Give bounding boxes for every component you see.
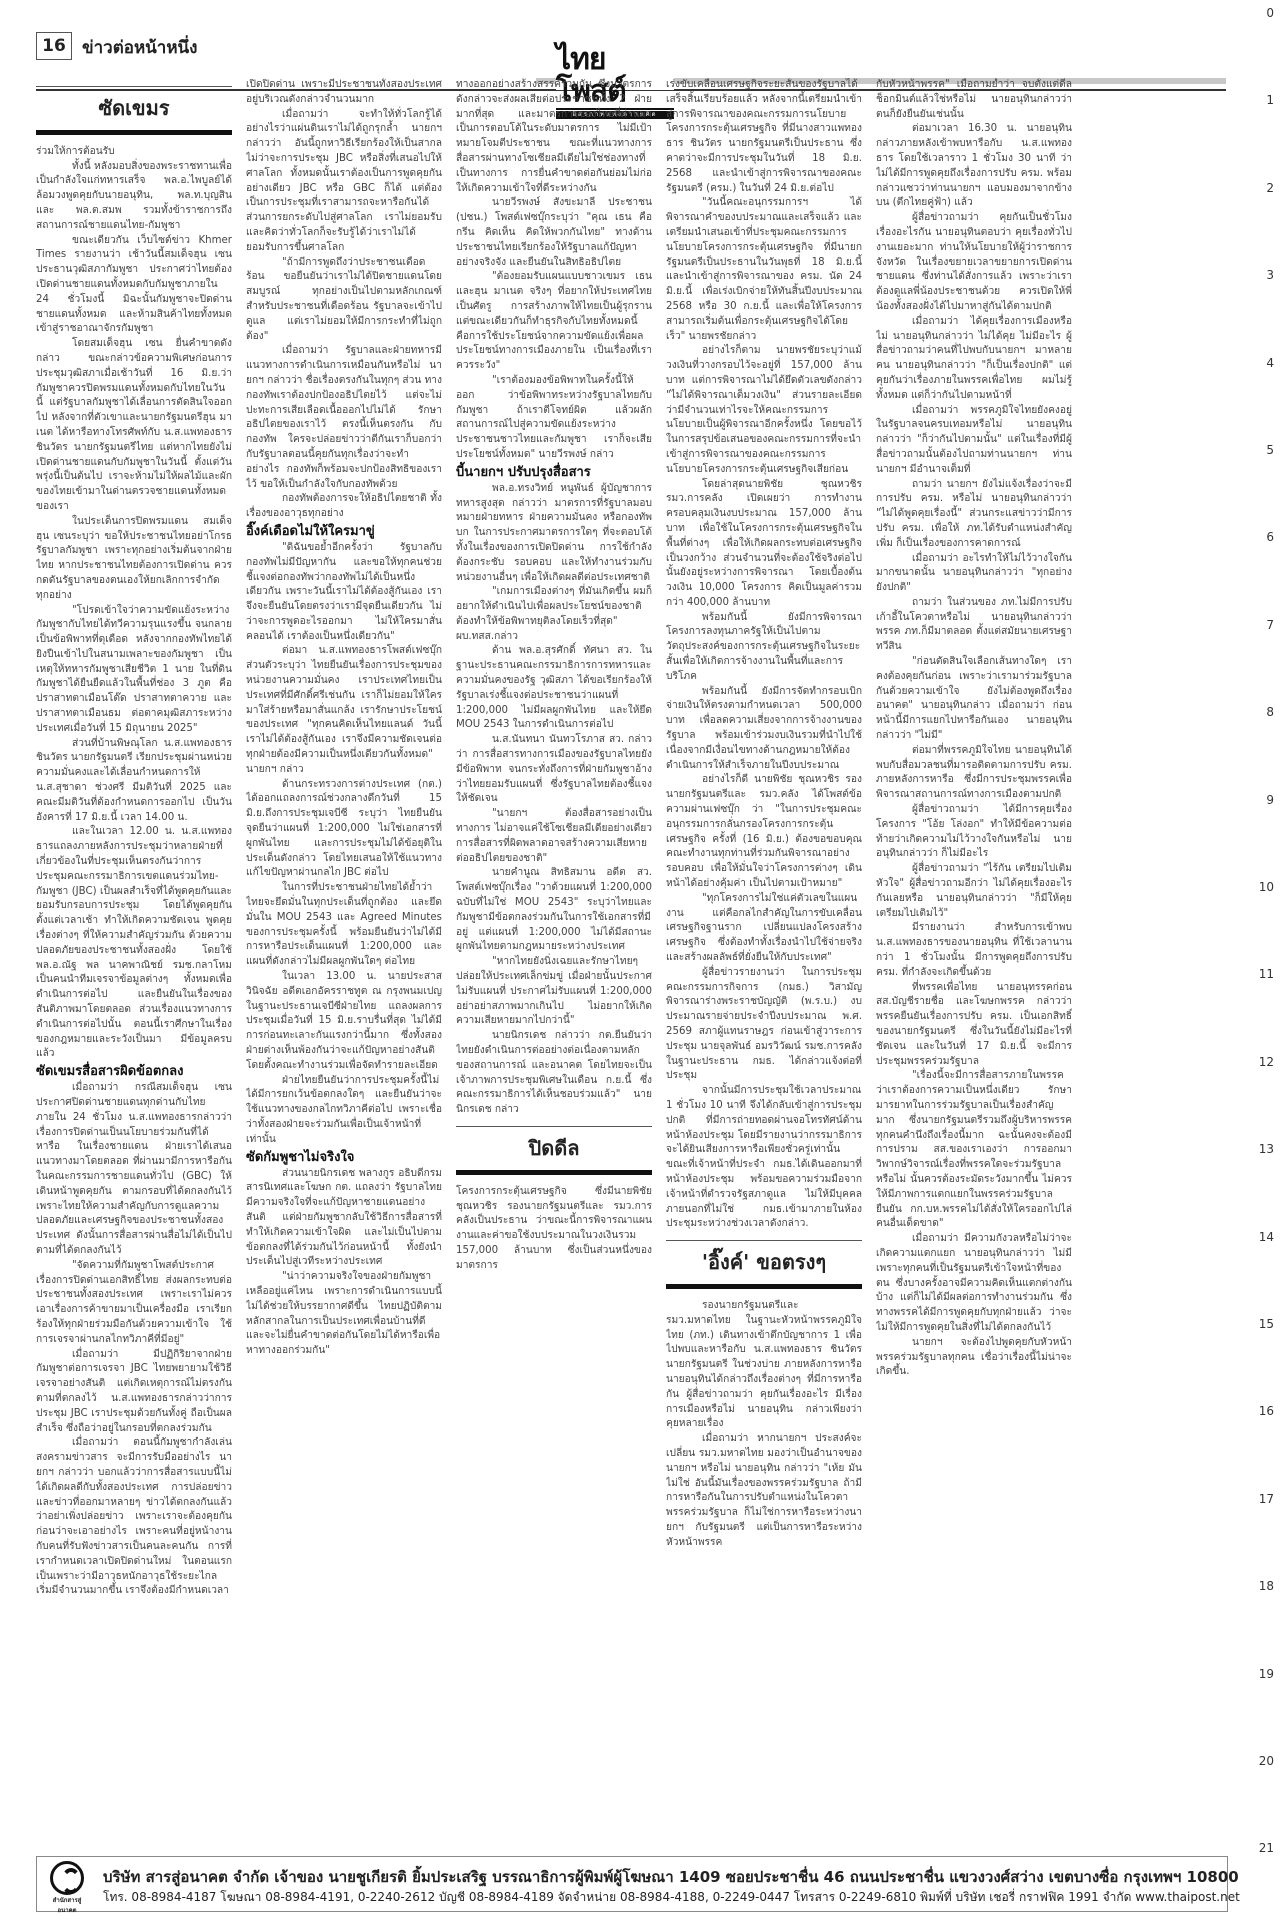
paragraph: "ทุกโครงการไม่ใช่แค่ตัวเลขในแผนงาน แต่คื… <box>666 892 862 966</box>
margin-number: 5 <box>1266 443 1274 457</box>
paragraph: ต่อมา น.ส.แพทองธารโพสต์เฟซบุ๊กส่วนตัวระบ… <box>246 644 442 777</box>
paragraph: ด้านกระทรวงการต่างประเทศ (กต.) ได้ออกแถล… <box>246 778 442 882</box>
publisher-info: บริษัท สารสู่อนาคต จำกัด เจ้าของ นายชูเก… <box>103 1865 1239 1889</box>
contact-info: โทร. 08-8984-4187 โฆษณา 08-8984-4191, 0-… <box>103 1888 1240 1907</box>
margin-number: 4 <box>1266 356 1274 370</box>
subheading: อิ๊งค์เดือดไม่ให้ใครมาขู่ <box>246 523 442 540</box>
paragraph: ในเวลา 13.00 น. นายประสาส วินิจฉัย อดีตเ… <box>246 970 442 1074</box>
paragraph: "ถ้ามีการพูดถึงว่าประชาชนเดือดร้อน ขอยืน… <box>246 256 442 345</box>
paragraph: ถามว่า นายกฯ ยังไม่แจ้งเรื่องว่าจะมีการป… <box>876 478 1072 552</box>
margin-number: 3 <box>1266 268 1274 282</box>
newspaper-page: 16 ข่าวต่อหน้าหนึ่ง ไทยโพสต์ อิสรภาพแห่ง… <box>0 0 1286 1920</box>
paragraph: "วันนี้คณะอนุกรรมการฯ ได้พิจารณาคำของบปร… <box>666 196 862 344</box>
margin-number: 7 <box>1266 618 1274 632</box>
publisher-footer: สำนักสารสู่อนาคต บริษัท สารสู่อนาคต จำกั… <box>36 1856 1228 1912</box>
paragraph: ต่อมาเวลา 16.30 น. นายอนุทินกล่าวภายหลัง… <box>876 122 1072 211</box>
paragraph: ร่วมให้การต้อนรับ <box>36 145 232 160</box>
margin-number: 11 <box>1259 967 1274 981</box>
paragraph: ฝ่ายไทยยืนยันว่าการประชุมครั้งนี้ไม่ได้ม… <box>246 1074 442 1148</box>
paragraph: เมื่อถามว่า มีปฏิกิริยาจากฝ่ายกัมพูชาต่อ… <box>36 1348 232 1437</box>
paragraph: ผู้สื่อข่าวถามว่า ได้มีการคุยเรื่องโครงก… <box>876 803 1072 862</box>
paragraph: และในเวลา 12.00 น. น.ส.แพทองธารแถลงภายหล… <box>36 825 232 1062</box>
paragraph: อย่างไรก็ตาม นายพรชัยระบุว่าแม้วงเงินที่… <box>666 344 862 477</box>
margin-number: 6 <box>1266 530 1274 544</box>
paragraph: ขณะเดียวกัน เว็บไซต์ข่าว Khmer Times ราย… <box>36 234 232 338</box>
paragraph: เมื่อถามว่า ได้คุยเรื่องการเมืองหรือไม่ … <box>876 315 1072 404</box>
margin-number: 21 <box>1259 1841 1274 1855</box>
paragraph: "น่าว่าความจริงใจของฝ่ายกัมพูชาเหลืออยู่… <box>246 1270 442 1359</box>
paragraph: ทางออกอย่างสร้างสรรค์ร่วมกัน ซึ่งมาตรการ… <box>456 78 652 196</box>
margin-number: 19 <box>1259 1667 1274 1681</box>
margin-number: 15 <box>1259 1317 1274 1331</box>
margin-number: 1 <box>1266 93 1274 107</box>
page-header: 16 ข่าวต่อหน้าหนึ่ง ไทยโพสต์ อิสรภาพแห่ง… <box>36 32 1226 60</box>
margin-number: 12 <box>1259 1055 1274 1069</box>
paragraph: เมื่อถามว่า กรณีสมเด็จฮุน เซน ประกาศปิดด… <box>36 1081 232 1259</box>
margin-number: 9 <box>1266 793 1274 807</box>
paragraph: "ต้องยอมรับแผนแบบชาวเขมร เธน และฮุน มาเน… <box>456 270 652 374</box>
margin-number: 14 <box>1259 1230 1274 1244</box>
paragraph: โดยสมเด็จฮุน เซน ยื่นคำขาดดังกล่าว ขณะกล… <box>36 337 232 515</box>
section-heading: 'อิ๊งค์' ขอตรงๆ <box>666 1240 862 1289</box>
publisher-logo: สำนักสารสู่อนาคต <box>47 1861 87 1907</box>
paragraph: อย่างไรก็ดี นายพิชัย ชุณหวชิร รองนายกรัฐ… <box>666 773 862 891</box>
paragraph: เมื่อถามว่า มีความกังวลหรือไม่ว่าจะเกิดค… <box>876 1232 1072 1336</box>
margin-number: 13 <box>1259 1142 1274 1156</box>
publisher-logo-icon <box>50 1861 84 1895</box>
paragraph: "โปรดเข้าใจว่าความขัดแย้งระหว่างกัมพูชาก… <box>36 604 232 737</box>
paragraph: พล.อ.ทรงวิทย์ หนูพันธ์ ผู้บัญชาการทหารสู… <box>456 482 652 586</box>
paragraph: "หากไทยยังนิ่งเฉยและรักษาไทยๆ ปล่อยให้ปร… <box>456 955 652 1029</box>
paragraph: โดยล่าสุดนายพิชัย ชุณหวชิร รมว.การคลัง เ… <box>666 478 862 611</box>
paragraph: เมื่อถามว่า รัฐบาลและฝ่ายทหารมีแนวทางการ… <box>246 344 442 492</box>
margin-number: 10 <box>1259 880 1274 894</box>
paragraph: "ดิฉันขอย้ำอีกครั้งว่า รัฐบาลกับกองทัพไม… <box>246 541 442 645</box>
paragraph: เมื่อถามว่า จะทำให้ทั่วโลกรู้ได้อย่างไรว… <box>246 108 442 256</box>
paragraph: "จัดความที่กัมพูชาโพสต์ประกาศเรื่องการปิ… <box>36 1259 232 1348</box>
paragraph: พร้อมกันนี้ ยังมีการพิจารณาโครงการลงทุนภ… <box>666 611 862 685</box>
margin-number: 18 <box>1259 1579 1274 1593</box>
margin-number: 17 <box>1259 1492 1274 1506</box>
paragraph: นายวีรพงษ์ สังขะมาลี ประชาชน (ปชน.) โพสต… <box>456 196 652 270</box>
paragraph: น.ส.นันทนา นันทวโรภาส สว. กล่าวว่า การสื… <box>456 733 652 807</box>
paragraph: เร่งขับเคลื่อนเศรษฐกิจระยะสั้นของรัฐบาลไ… <box>666 78 862 196</box>
paragraph: เมื่อถามว่า พรรคภูมิใจไทยยังคงอยู่ในรัฐบ… <box>876 404 1072 478</box>
paragraph: ที่พรรคเพื่อไทย นายอนุทรรคก่อน สส.บัญชีร… <box>876 981 1072 1070</box>
paragraph: รองนายกรัฐมนตรีและ รมว.มหาดไทย ในฐานะหัว… <box>666 1299 862 1432</box>
paragraph: ถามว่า ในส่วนของ ภท.ไม่มีการปรับเก้าอี้ใ… <box>876 596 1072 655</box>
paragraph: นายกฯ จะต้องไปพูดคุยกับหัวหน้าพรรคร่วมรั… <box>876 1336 1072 1380</box>
paragraph: เมื่อถามว่า หากนายกฯ ประสงค์จะเปลี่ยน รม… <box>666 1432 862 1550</box>
margin-number: 8 <box>1266 705 1274 719</box>
margin-number: 2 <box>1266 181 1274 195</box>
paragraph: ต่อมาที่พรรคภูมิใจไทย นายอนุทินได้พบกับส… <box>876 744 1072 803</box>
paragraph: ในการที่ประชาชนฝ่ายไทยได้ย้ำว่าไทยจะยึดม… <box>246 881 442 970</box>
paragraph: "นายกฯ ต้องสื่อสารอย่างเป็นทางการ ไม่อาจ… <box>456 807 652 866</box>
page-number: 16 <box>36 32 72 60</box>
paragraph: "เกมการเมืองต่างๆ ที่มันเกิดขึ้น ผมก็อยา… <box>456 585 652 644</box>
margin-number: 16 <box>1259 1404 1274 1418</box>
subheading: บี้นายกฯ ปรับปรุงสื่อสาร <box>456 464 652 481</box>
column-5: กับหัวหน้าพรรค" เมื่อถามย้ำว่า จบตั้งแต่… <box>876 78 1072 1840</box>
subheading: ซัดเขมรสื่อสารผิดข้อตกลง <box>36 1063 232 1080</box>
paragraph: กองทัพต้องการจะให้อธิปไตยชาติ ทั้งเรื่อง… <box>246 492 442 522</box>
paragraph: ผู้สื่อข่าวถามว่า คุยกันเป็นชั่วโมงเรื่อ… <box>876 211 1072 315</box>
paragraph: ส่วนนายนิกรเดช พลางกูร อธิบดีกรมสารนิเทศ… <box>246 1167 442 1271</box>
column-3: ทางออกอย่างสร้างสรรค์ร่วมกัน ซึ่งมาตรการ… <box>456 78 652 1840</box>
paragraph: "เราต้องมองข้อพิพาทในครั้งนี้ให้ออก ว่าข… <box>456 374 652 463</box>
paragraph: กับหัวหน้าพรรค" เมื่อถามย้ำว่า จบตั้งแต่… <box>876 78 1072 122</box>
paragraph: มีรายงานว่า สำหรับการเข้าพบ น.ส.แพทองธาร… <box>876 921 1072 980</box>
paragraph: "ก่อนตัดสินใจเลือกเส้นทางใดๆ เราคงต้องคุ… <box>876 655 1072 744</box>
section-heading: ปิดดีล <box>456 1126 652 1175</box>
column-2: เปิดปิดด่าน เพราะมีประชาชนทั้งสองประเทศอ… <box>246 78 442 1840</box>
paragraph: เมื่อถามว่า อะไรทำให้ไม่ไว้วางใจกันมากขน… <box>876 552 1072 596</box>
paragraph: ส่วนที่บ้านพิษณุโลก น.ส.แพทองธาร ชินวัตร… <box>36 737 232 826</box>
paragraph: นายคำนูณ สิทธิสมาน อดีต สว. โพสต์เฟซบุ๊ก… <box>456 866 652 955</box>
paragraph: ผู้สื่อข่าวถามว่า "ไร้กัน เตรียมไปเติมหั… <box>876 862 1072 921</box>
paragraph: ผู้สื่อข่าวรายงานว่า ในการประชุมคณะกรรมก… <box>666 966 862 1084</box>
paragraph: ทั้งนี้ หลังมอบสิ่งของพระราชทานเพื่อเป็น… <box>36 160 232 234</box>
paragraph: "เรื่องนี้จะมีการสื่อสารภายในพรรค ว่าเรา… <box>876 1069 1072 1232</box>
paragraph: เมื่อถามว่า ตอนนี้กัมพูชากำลังเล่นสงคราม… <box>36 1436 232 1599</box>
paragraph: นายนิกรเดช กล่าวว่า กต.ยืนยันว่าไทยยังดำ… <box>456 1029 652 1118</box>
paragraph: จากนั้นมีการประชุมใช้เวลาประมาณ 1 ชั่วโม… <box>666 1084 862 1232</box>
paragraph: โครงการกระตุ้นเศรษฐกิจ ซึ่งมีนายพิชัย ชุ… <box>456 1185 652 1274</box>
paragraph: พร้อมกันนี้ ยังมีการจัดทำกรอบเบิกจ่ายเงิ… <box>666 685 862 774</box>
margin-number: 0 <box>1266 6 1274 20</box>
subheading: ซัดกัมพูชาไม่จริงใจ <box>246 1149 442 1166</box>
section-title: ข่าวต่อหน้าหนึ่ง <box>82 34 197 61</box>
section-heading: ซัดเขมร <box>36 86 232 135</box>
paragraph: ในประเด็นการปิดพรมแดน สมเด็จฮุน เซนระบุว… <box>36 515 232 604</box>
paragraph: ด้าน พล.อ.สุรศักดิ์ ทัศนา สว. ในฐานะประธ… <box>456 644 652 733</box>
paragraph: เปิดปิดด่าน เพราะมีประชาชนทั้งสองประเทศอ… <box>246 78 442 108</box>
margin-number: 20 <box>1259 1754 1274 1768</box>
column-1: ซัดเขมรร่วมให้การต้อนรับทั้งนี้ หลังมอบส… <box>36 78 232 1840</box>
column-4: เร่งขับเคลื่อนเศรษฐกิจระยะสั้นของรัฐบาลไ… <box>666 78 862 1840</box>
publisher-logo-caption: สำนักสารสู่อนาคต <box>47 1895 87 1915</box>
